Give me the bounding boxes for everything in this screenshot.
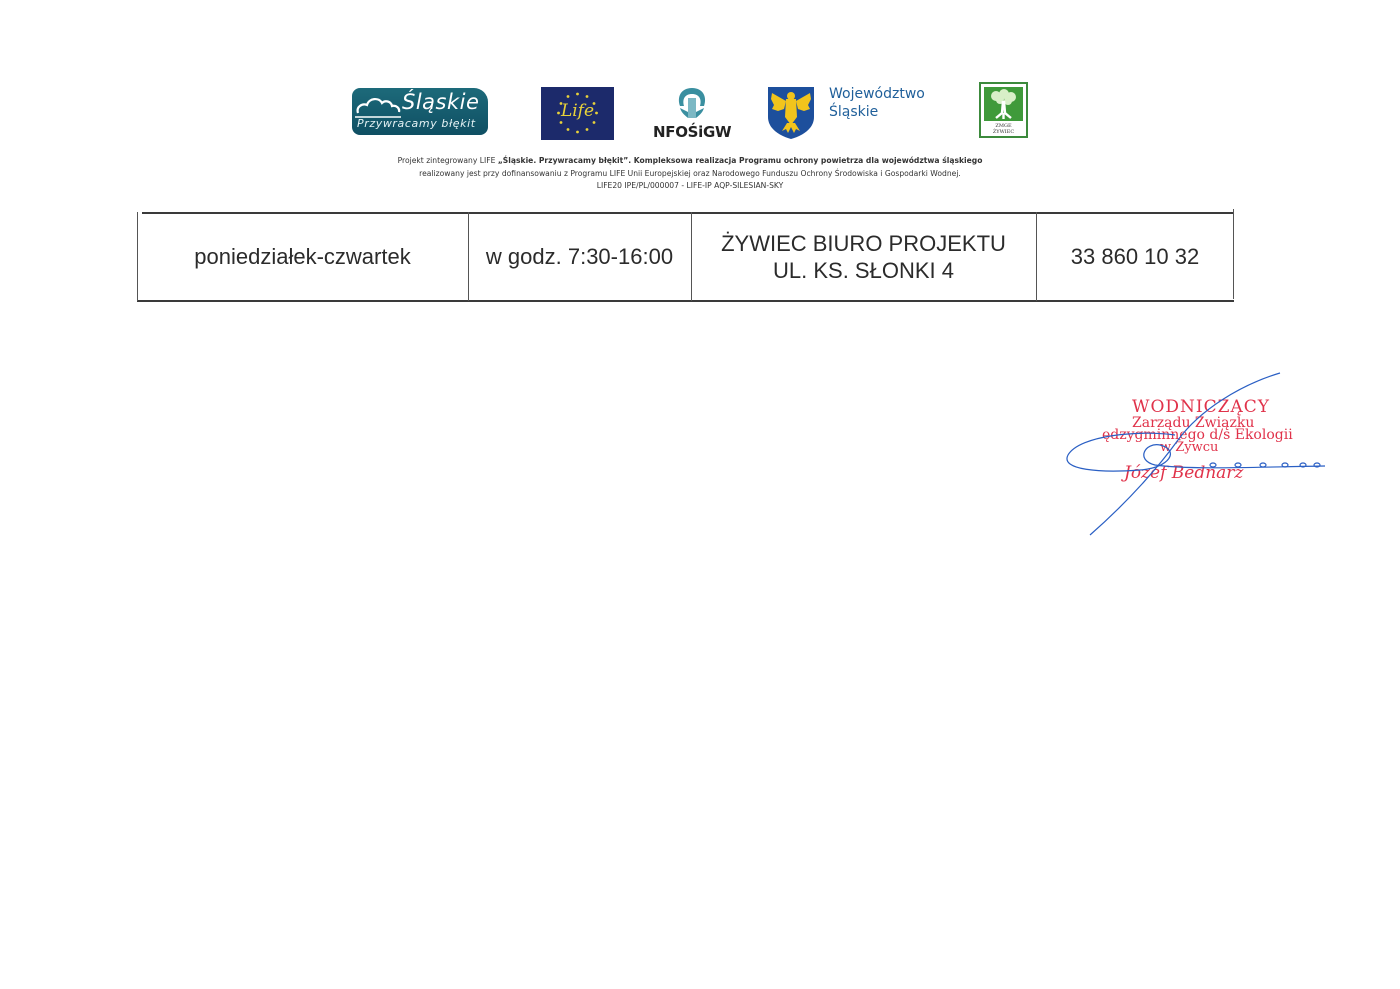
nfosigw-logo: NFOŚiGW	[650, 86, 734, 142]
zmge-logo-line2: ŻYWIEC	[981, 129, 1026, 135]
caption-line-1: Projekt zintegrowany LIFE „Śląskie. Przy…	[330, 155, 1050, 168]
table-cell-location: ŻYWIEC BIURO PROJEKTU UL. KS. SŁONKI 4	[691, 212, 1036, 301]
zmge-zywiec-logo: ZMGE ŻYWIEC	[979, 82, 1028, 138]
wojewodztwo-logo-line2: Śląskie	[829, 104, 878, 120]
handwritten-signature-icon	[1060, 370, 1350, 540]
wojewodztwo-logo-line1: Województwo	[829, 86, 925, 102]
slaskie-logo: Śląskie Przywracamy błękit	[352, 88, 488, 135]
caption-line-2: realizowany jest przy dofinansowaniu z P…	[330, 168, 1050, 181]
table-cell-phone: 33 860 10 32	[1036, 212, 1234, 301]
location-line-1: ŻYWIEC BIURO PROJEKTU	[721, 230, 1006, 257]
location-line-2: UL. KS. SŁONKI 4	[721, 257, 1006, 284]
nfosigw-logo-text: NFOŚiGW	[653, 123, 731, 141]
tree-icon	[984, 87, 1023, 121]
caption-line-3: LIFE20 IPE/PL/000007 - LIFE-IP AQP-SILES…	[330, 180, 1050, 193]
project-caption: Projekt zintegrowany LIFE „Śląskie. Przy…	[330, 155, 1050, 193]
table-cell-hours: w godz. 7:30-16:00	[468, 212, 691, 301]
zmge-logo-background	[984, 87, 1023, 121]
nfosigw-emblem-icon	[650, 86, 734, 124]
silesian-eagle-icon	[766, 85, 816, 139]
office-hours-table: poniedziałek-czwartek w godz. 7:30-16:00…	[137, 212, 1234, 301]
wojewodztwo-slaskie-logo: Województwo Śląskie	[766, 85, 926, 141]
table-cell-days: poniedziałek-czwartek	[137, 212, 468, 301]
life-logo-text: Life	[541, 101, 614, 121]
slaskie-logo-subtitle: Przywracamy błękit	[357, 117, 476, 130]
official-stamp: WODNICZĄCY Zarządu Związku ędzygminnego …	[1060, 370, 1350, 540]
life-eu-logo: Life	[541, 87, 614, 140]
slaskie-logo-title: Śląskie	[402, 90, 479, 114]
